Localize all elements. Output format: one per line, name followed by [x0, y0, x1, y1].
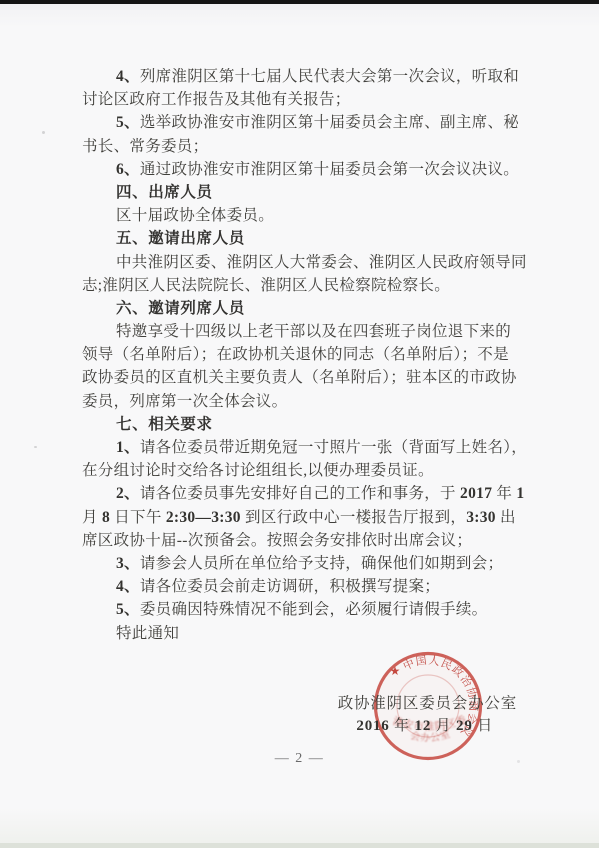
text-line: 领导（名单附后）；在政协机关退休的同志（名单附后）；不是 [82, 343, 529, 366]
text-line: 政协委员的区直机关主要负责人（名单附后）；驻本区的市政协 [82, 366, 529, 389]
signature-org: 政协淮阴区委员会办公室 [338, 691, 517, 713]
text-line: 讨论区政府工作报告及其他有关报告； [82, 88, 529, 111]
scan-edge-top [0, 0, 599, 4]
text-line: 6、通过政协淮安市淮阴区第十届委员会第一次会议决议。 [82, 158, 529, 181]
signature-date: 2016 年 12 月 29 日 [356, 714, 493, 735]
text-line: 委员，列席第一次全体会议。 [82, 390, 529, 413]
section-heading: 七、相关要求 [82, 413, 529, 436]
scan-speck [34, 446, 37, 448]
text-line: 在分组讨论时交给各讨论组组长,以便办理委员证。 [82, 459, 529, 482]
star-icon: ★ [390, 664, 401, 678]
section-heading: 五、邀请出席人员 [82, 227, 529, 250]
text-line: 1、请各位委员带近期免冠一寸照片一张（背面写上姓名）， [82, 436, 529, 459]
scanned-page: 4、列席淮阴区第十七届人民代表大会第一次会议，听取和讨论区政府工作报告及其他有关… [0, 0, 599, 848]
scan-edge-bottom [0, 843, 599, 848]
document-body: 4、列席淮阴区第十七届人民代表大会第一次会议，听取和讨论区政府工作报告及其他有关… [82, 65, 529, 645]
text-line: 中共淮阴区委、淮阴区人大常委会、淮阴区人民政府领导同 [82, 251, 529, 274]
text-line: 特邀享受十四级以上老干部以及在四套班子岗位退下来的 [82, 320, 529, 343]
page-number: — 2 — [0, 751, 599, 767]
text-line: 志;淮阴区人民法院院长、淮阴区人民检察院检察长。 [82, 274, 529, 297]
section-heading: 四、出席人员 [82, 181, 529, 204]
scan-speck [517, 760, 520, 763]
text-line: 席区政协十届--次预备会。按照会务安排依时出席会议； [82, 529, 529, 552]
text-line: 5、选举政协淮安市淮阴区第十届委员会主席、副主席、秘 [82, 111, 529, 134]
text-line: 2、请各位委员事先安排好自己的工作和事务，于 2017 年 1 [82, 482, 529, 505]
text-line: 月 8 日下午 2:30—3:30 到区行政中心一楼报告厅报到，3:30 出 [82, 506, 529, 529]
text-line: 4、列席淮阴区第十七届人民代表大会第一次会议，听取和 [82, 65, 529, 88]
scan-speck [42, 131, 45, 134]
text-line: 书长、常务委员； [82, 135, 529, 158]
text-line: 区十届政协全体委员。 [82, 204, 529, 227]
section-heading: 六、邀请列席人员 [82, 297, 529, 320]
text-line: 4、请各位委员会前走访调研，积极撰写提案； [82, 575, 529, 598]
text-line: 3、请参会人员所在单位给予支持，确保他们如期到会； [82, 552, 529, 575]
text-line: 5、委员确因特殊情况不能到会，必须履行请假手续。 [82, 598, 529, 621]
